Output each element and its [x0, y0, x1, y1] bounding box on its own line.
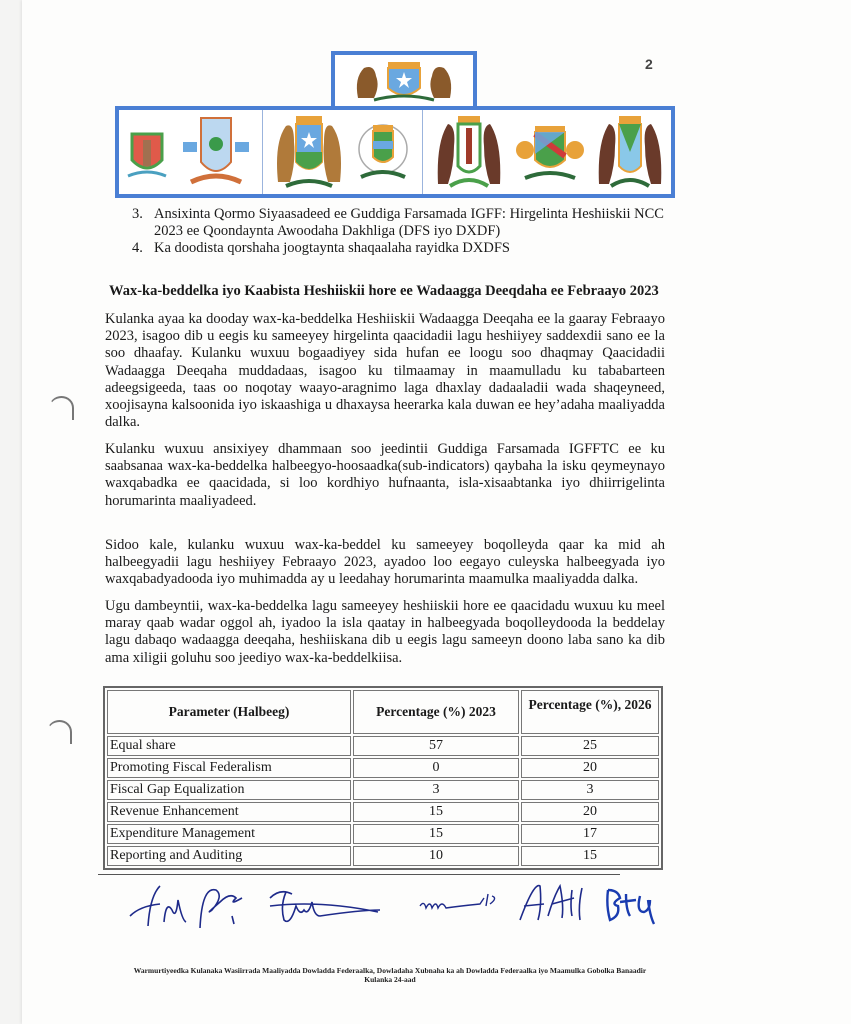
table-row: Fiscal Gap Equalization33 — [107, 780, 659, 800]
state-emblem-6-icon — [515, 120, 585, 184]
percentage-2023-cell: 3 — [353, 780, 519, 800]
punch-hole-bottom — [47, 720, 72, 744]
percentage-2023-cell: 10 — [353, 846, 519, 866]
state-emblems-banner — [115, 106, 675, 198]
signatures — [120, 876, 800, 936]
punch-hole-top — [49, 396, 74, 420]
percentage-2026-cell: 20 — [521, 802, 659, 822]
header-parameter: Parameter (Halbeeg) — [107, 690, 351, 734]
agenda-item: 4. Ka doodista qorshaha joogtaynta shaqa… — [132, 240, 692, 257]
signature-1 — [130, 886, 186, 926]
state-emblem-1-icon — [124, 120, 170, 184]
paragraph: Ugu dambeyntii, wax-ka-beddelka lagu sam… — [105, 598, 665, 667]
signature-4 — [420, 894, 495, 908]
percentage-2026-cell: 17 — [521, 824, 659, 844]
document-footer: Warmurtiyeedka Kulanaka Wasiirrada Maali… — [80, 966, 700, 984]
coat-of-arms-icon — [344, 58, 464, 104]
federal-emblem-header — [331, 51, 477, 111]
parameters-table: Parameter (Halbeeg) Percentage (%) 2023 … — [103, 686, 663, 870]
banner-divider — [262, 110, 263, 194]
signature-line — [98, 874, 620, 875]
agenda-item-text: Ansixinta Qormo Siyaasadeed ee Guddiga F… — [154, 206, 664, 239]
state-emblem-5-icon — [434, 112, 504, 192]
table-row: Equal share5725 — [107, 736, 659, 756]
agenda-list: 3. Ansixinta Qormo Siyaasadeed ee Guddig… — [132, 206, 692, 257]
state-emblem-2-icon — [181, 112, 251, 192]
header-percentage-2026: Percentage (%), 2026 — [521, 690, 659, 734]
banner-divider — [422, 110, 423, 194]
signature-3 — [270, 892, 380, 922]
parameter-cell: Equal share — [107, 736, 351, 756]
page-number: 2 — [645, 56, 653, 72]
federal-coat-of-arms-icon — [274, 112, 344, 192]
state-emblem-7-icon — [595, 112, 665, 192]
percentage-2026-cell: 15 — [521, 846, 659, 866]
table-row: Reporting and Auditing1015 — [107, 846, 659, 866]
parameter-cell: Fiscal Gap Equalization — [107, 780, 351, 800]
paragraph: Kulanku wuxuu ansixiyey dhammaan soo jee… — [105, 441, 665, 510]
parameter-cell: Promoting Fiscal Federalism — [107, 758, 351, 778]
parameter-cell: Revenue Enhancement — [107, 802, 351, 822]
footer-meeting: Kulanka 24-aad — [80, 975, 700, 984]
agenda-item-number: 3. — [132, 206, 143, 223]
parameter-cell: Reporting and Auditing — [107, 846, 351, 866]
state-emblem-4-icon — [355, 117, 411, 187]
header-percentage-2023: Percentage (%) 2023 — [353, 690, 519, 734]
percentage-2023-cell: 0 — [353, 758, 519, 778]
signature-2 — [200, 890, 242, 928]
percentage-2023-cell: 15 — [353, 802, 519, 822]
agenda-item-text: Ka doodista qorshaha joogtaynta shaqaala… — [154, 240, 510, 256]
agenda-item-number: 4. — [132, 240, 143, 257]
percentage-2023-cell: 15 — [353, 824, 519, 844]
percentage-2026-cell: 3 — [521, 780, 659, 800]
table-row: Revenue Enhancement1520 — [107, 802, 659, 822]
section-title: Wax-ka-beddelka iyo Kaabista Heshiiskii … — [109, 283, 669, 300]
percentage-2026-cell: 20 — [521, 758, 659, 778]
parameter-cell: Expenditure Management — [107, 824, 351, 844]
footer-title: Warmurtiyeedka Kulanaka Wasiirrada Maali… — [80, 966, 700, 975]
agenda-item: 3. Ansixinta Qormo Siyaasadeed ee Guddig… — [132, 206, 692, 240]
percentage-2026-cell: 25 — [521, 736, 659, 756]
table-row: Expenditure Management1517 — [107, 824, 659, 844]
signature-5 — [520, 886, 582, 920]
table-row: Promoting Fiscal Federalism020 — [107, 758, 659, 778]
paragraph: Sidoo kale, kulanku wuxuu wax-ka-beddel … — [105, 537, 665, 589]
table-header-row: Parameter (Halbeeg) Percentage (%) 2023 … — [107, 690, 659, 734]
signature-6 — [607, 890, 654, 924]
percentage-2023-cell: 57 — [353, 736, 519, 756]
paragraph: Kulanka ayaa ka dooday wax-ka-beddelka H… — [105, 311, 665, 431]
